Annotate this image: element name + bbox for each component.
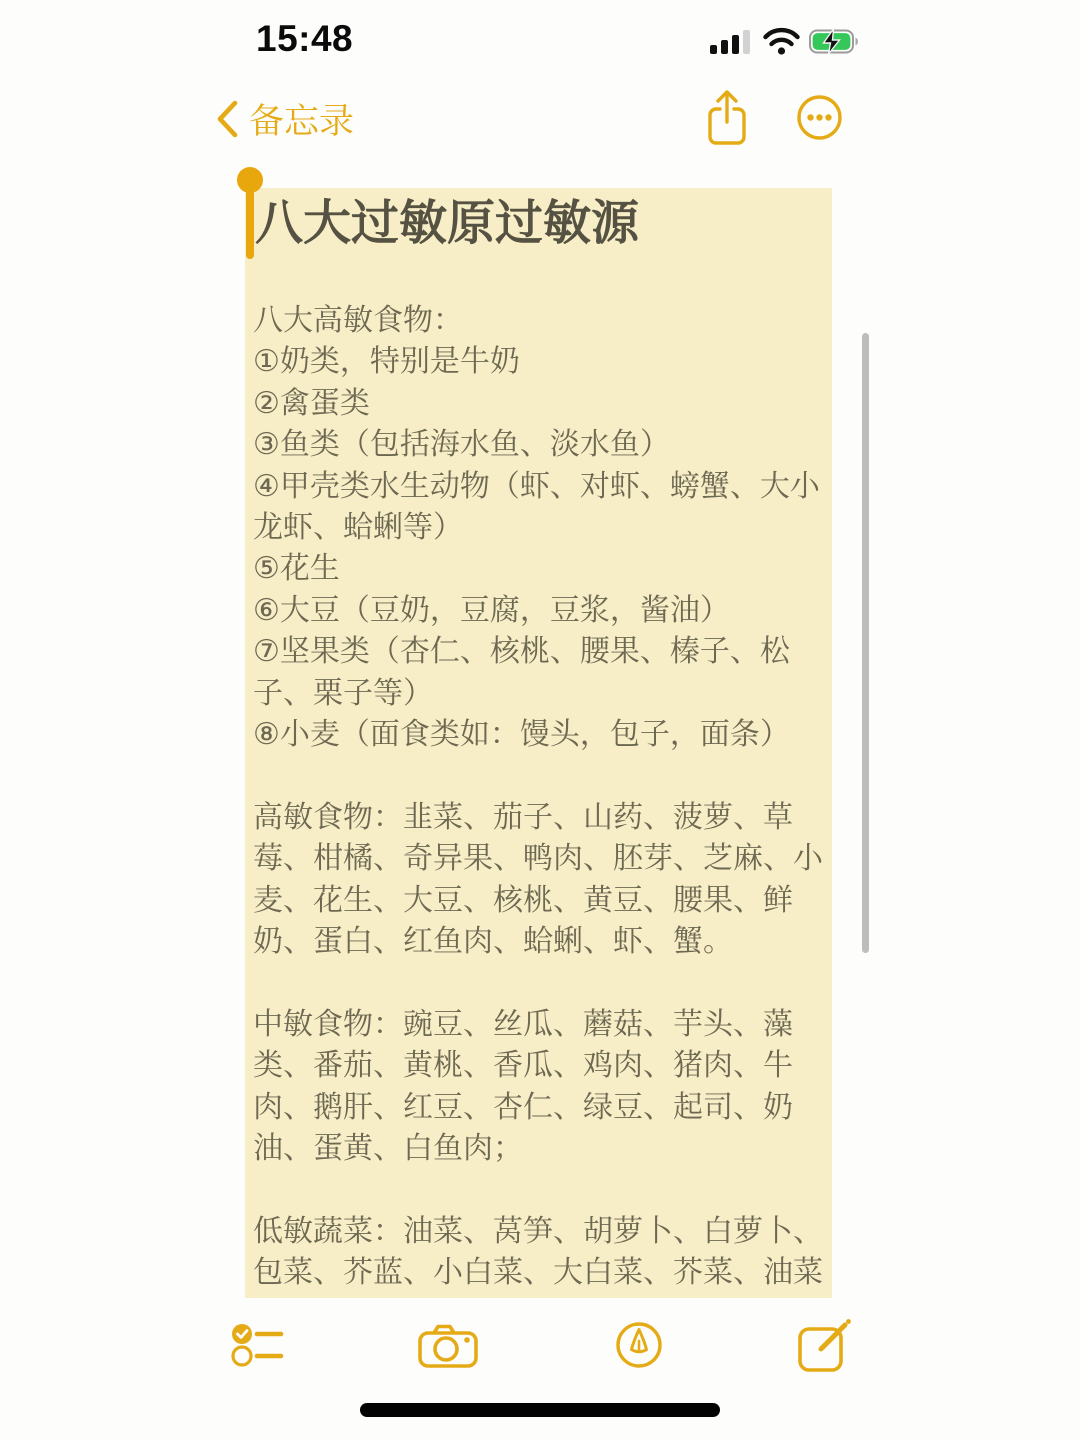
note-section: 八大高敏食物：①奶类，特别是牛奶②禽蛋类③鱼类（包括海水鱼、淡水鱼）④甲壳类水生… bbox=[253, 300, 832, 755]
note-line: 龙虾、蛤蜊等） bbox=[253, 507, 832, 548]
note-line: 八大高敏食物： bbox=[253, 300, 832, 341]
note-section: 高敏食物：韭菜、茄子、山药、菠萝、草莓、柑橘、奇异果、鸭肉、胚芽、芝麻、小麦、花… bbox=[253, 797, 832, 963]
status-icons bbox=[710, 26, 859, 56]
compose-button[interactable] bbox=[797, 1317, 853, 1376]
back-button[interactable]: 备忘录 bbox=[216, 94, 354, 144]
back-button-label: 备忘录 bbox=[249, 94, 354, 144]
note-line: 麦、花生、大豆、核桃、黄豆、腰果、鲜 bbox=[253, 880, 832, 921]
note-line: 子、栗子等） bbox=[253, 673, 832, 714]
note-line: 莓、柑橘、奇异果、鸭肉、胚芽、芝麻、小 bbox=[253, 838, 832, 879]
status-time: 15:48 bbox=[256, 18, 353, 60]
note-line: 低敏蔬菜：油菜、莴笋、胡萝卜、白萝卜、 bbox=[253, 1211, 832, 1252]
note-line: 奶、蛋白、红鱼肉、蛤蜊、虾、蟹。 bbox=[253, 921, 832, 962]
scrollbar[interactable] bbox=[862, 333, 869, 953]
more-options-button[interactable] bbox=[796, 94, 843, 144]
share-button[interactable] bbox=[707, 88, 747, 149]
note-line: ①奶类，特别是牛奶 bbox=[253, 341, 832, 382]
checklist-button[interactable] bbox=[231, 1323, 287, 1370]
note-line: ③鱼类（包括海水鱼、淡水鱼） bbox=[253, 424, 832, 465]
cellular-signal-icon bbox=[710, 26, 754, 56]
compose-icon bbox=[797, 1317, 853, 1373]
share-icon bbox=[707, 88, 747, 146]
back-chevron-icon bbox=[216, 99, 239, 139]
note-line: 高敏食物：韭菜、茄子、山药、菠萝、草 bbox=[253, 797, 832, 838]
note-line: ④甲壳类水生动物（虾、对虾、螃蟹、大小 bbox=[253, 466, 832, 507]
markup-icon bbox=[615, 1321, 663, 1369]
text-cursor[interactable] bbox=[246, 189, 254, 259]
battery-charging-icon bbox=[809, 28, 859, 55]
note-line: 中敏食物：豌豆、丝瓜、蘑菇、芋头、藻 bbox=[253, 1004, 832, 1045]
note-highlight-block[interactable]: 八大过敏原过敏源 八大高敏食物：①奶类，特别是牛奶②禽蛋类③鱼类（包括海水鱼、淡… bbox=[245, 188, 832, 1298]
wifi-icon bbox=[763, 27, 800, 55]
note-line: ⑦坚果类（杏仁、核桃、腰果、榛子、松 bbox=[253, 631, 832, 672]
home-indicator[interactable] bbox=[360, 1403, 720, 1417]
note-line: 类、番茄、黄桃、香瓜、鸡肉、猪肉、牛 bbox=[253, 1045, 832, 1086]
note-line: 油、蛋黄、白鱼肉； bbox=[253, 1128, 832, 1169]
checklist-icon bbox=[231, 1323, 287, 1367]
ellipsis-icon bbox=[796, 94, 843, 141]
camera-button[interactable] bbox=[418, 1324, 478, 1371]
note-line: 包菜、芥蓝、小白菜、大白菜、芥菜、油菜 bbox=[253, 1252, 832, 1293]
note-line: ⑤花生 bbox=[253, 548, 832, 589]
note-section: 低敏蔬菜：油菜、莴笋、胡萝卜、白萝卜、包菜、芥蓝、小白菜、大白菜、芥菜、油菜 bbox=[253, 1211, 832, 1294]
note-title: 八大过敏原过敏源 bbox=[255, 194, 832, 254]
note-line: ⑧小麦（面食类如：馒头，包子，面条） bbox=[253, 714, 832, 755]
note-line: 肉、鹅肝、红豆、杏仁、绿豆、起司、奶 bbox=[253, 1087, 832, 1128]
note-body: 八大高敏食物：①奶类，特别是牛奶②禽蛋类③鱼类（包括海水鱼、淡水鱼）④甲壳类水生… bbox=[253, 300, 832, 1294]
notes-app-screen: 15:48 备忘录 bbox=[0, 0, 1080, 1440]
markup-button[interactable] bbox=[615, 1321, 663, 1372]
note-section: 中敏食物：豌豆、丝瓜、蘑菇、芋头、藻类、番茄、黄桃、香瓜、鸡肉、猪肉、牛肉、鹅肝… bbox=[253, 1004, 832, 1170]
camera-icon bbox=[418, 1324, 478, 1368]
note-line: ②禽蛋类 bbox=[253, 383, 832, 424]
note-line: ⑥大豆（豆奶，豆腐，豆浆，酱油） bbox=[253, 590, 832, 631]
